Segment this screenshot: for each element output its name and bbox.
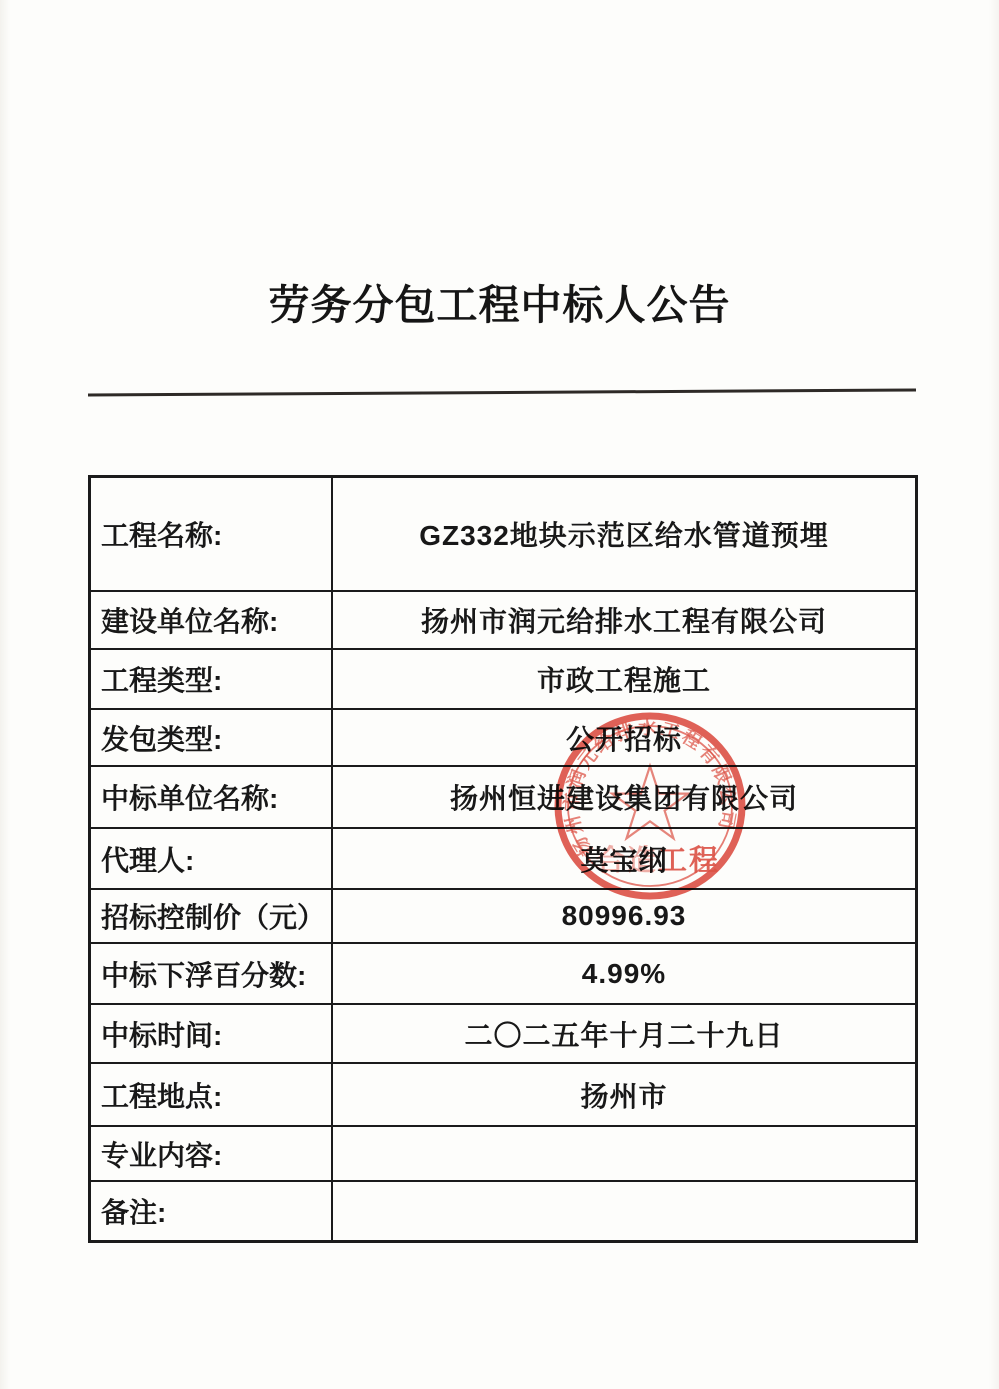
row-value: 公开招标: [333, 710, 915, 765]
announcement-table: 工程名称: GZ332地块示范区给水管道预埋 建设单位名称: 扬州市润元给排水工…: [88, 475, 918, 1243]
row-label: 中标单位名称:: [91, 767, 333, 827]
scanned-document-page: 劳务分包工程中标人公告 工程名称: GZ332地块示范区给水管道预埋 建设单位名…: [0, 0, 999, 1389]
table-row: 建设单位名称: 扬州市润元给排水工程有限公司: [91, 590, 915, 648]
row-label: 专业内容:: [91, 1127, 333, 1180]
row-label: 建设单位名称:: [91, 592, 333, 648]
table-row: 工程地点: 扬州市: [91, 1062, 915, 1125]
table-row: 发包类型: 公开招标: [91, 708, 915, 765]
row-label: 工程名称:: [91, 478, 333, 590]
row-value: 扬州市润元给排水工程有限公司: [333, 592, 915, 648]
row-value: 市政工程施工: [333, 650, 915, 708]
row-value: [333, 1127, 915, 1180]
row-value: [333, 1182, 915, 1240]
table-row: 工程类型: 市政工程施工: [91, 648, 915, 708]
row-value: 二〇二五年十月二十九日: [333, 1005, 915, 1062]
row-value: 4.99%: [333, 944, 915, 1003]
table-row: 招标控制价（元） 80996.93: [91, 888, 915, 942]
row-label: 招标控制价（元）: [91, 890, 333, 942]
row-label: 中标下浮百分数:: [91, 944, 333, 1003]
row-label: 备注:: [91, 1182, 333, 1240]
title-underline-rule: [88, 388, 916, 396]
table-row: 中标下浮百分数: 4.99%: [91, 942, 915, 1003]
row-value: 扬州市: [333, 1064, 915, 1125]
table-row: 中标单位名称: 扬州恒进建设集团有限公司: [91, 765, 915, 827]
row-label: 中标时间:: [91, 1005, 333, 1062]
row-label: 工程地点:: [91, 1064, 333, 1125]
row-label: 发包类型:: [91, 710, 333, 765]
row-value: 扬州恒进建设集团有限公司: [333, 767, 915, 827]
row-value: 莫宝纲: [333, 829, 915, 888]
table-row: 中标时间: 二〇二五年十月二十九日: [91, 1003, 915, 1062]
row-value: 80996.93: [333, 890, 915, 942]
document-title: 劳务分包工程中标人公告: [0, 272, 999, 331]
table-row: 工程名称: GZ332地块示范区给水管道预埋: [91, 478, 915, 590]
table-row: 专业内容:: [91, 1125, 915, 1180]
table-row: 代理人: 莫宝纲: [91, 827, 915, 888]
row-label: 工程类型:: [91, 650, 333, 708]
table-row: 备注:: [91, 1180, 915, 1240]
row-label: 代理人:: [91, 829, 333, 888]
row-value: GZ332地块示范区给水管道预埋: [333, 478, 915, 590]
